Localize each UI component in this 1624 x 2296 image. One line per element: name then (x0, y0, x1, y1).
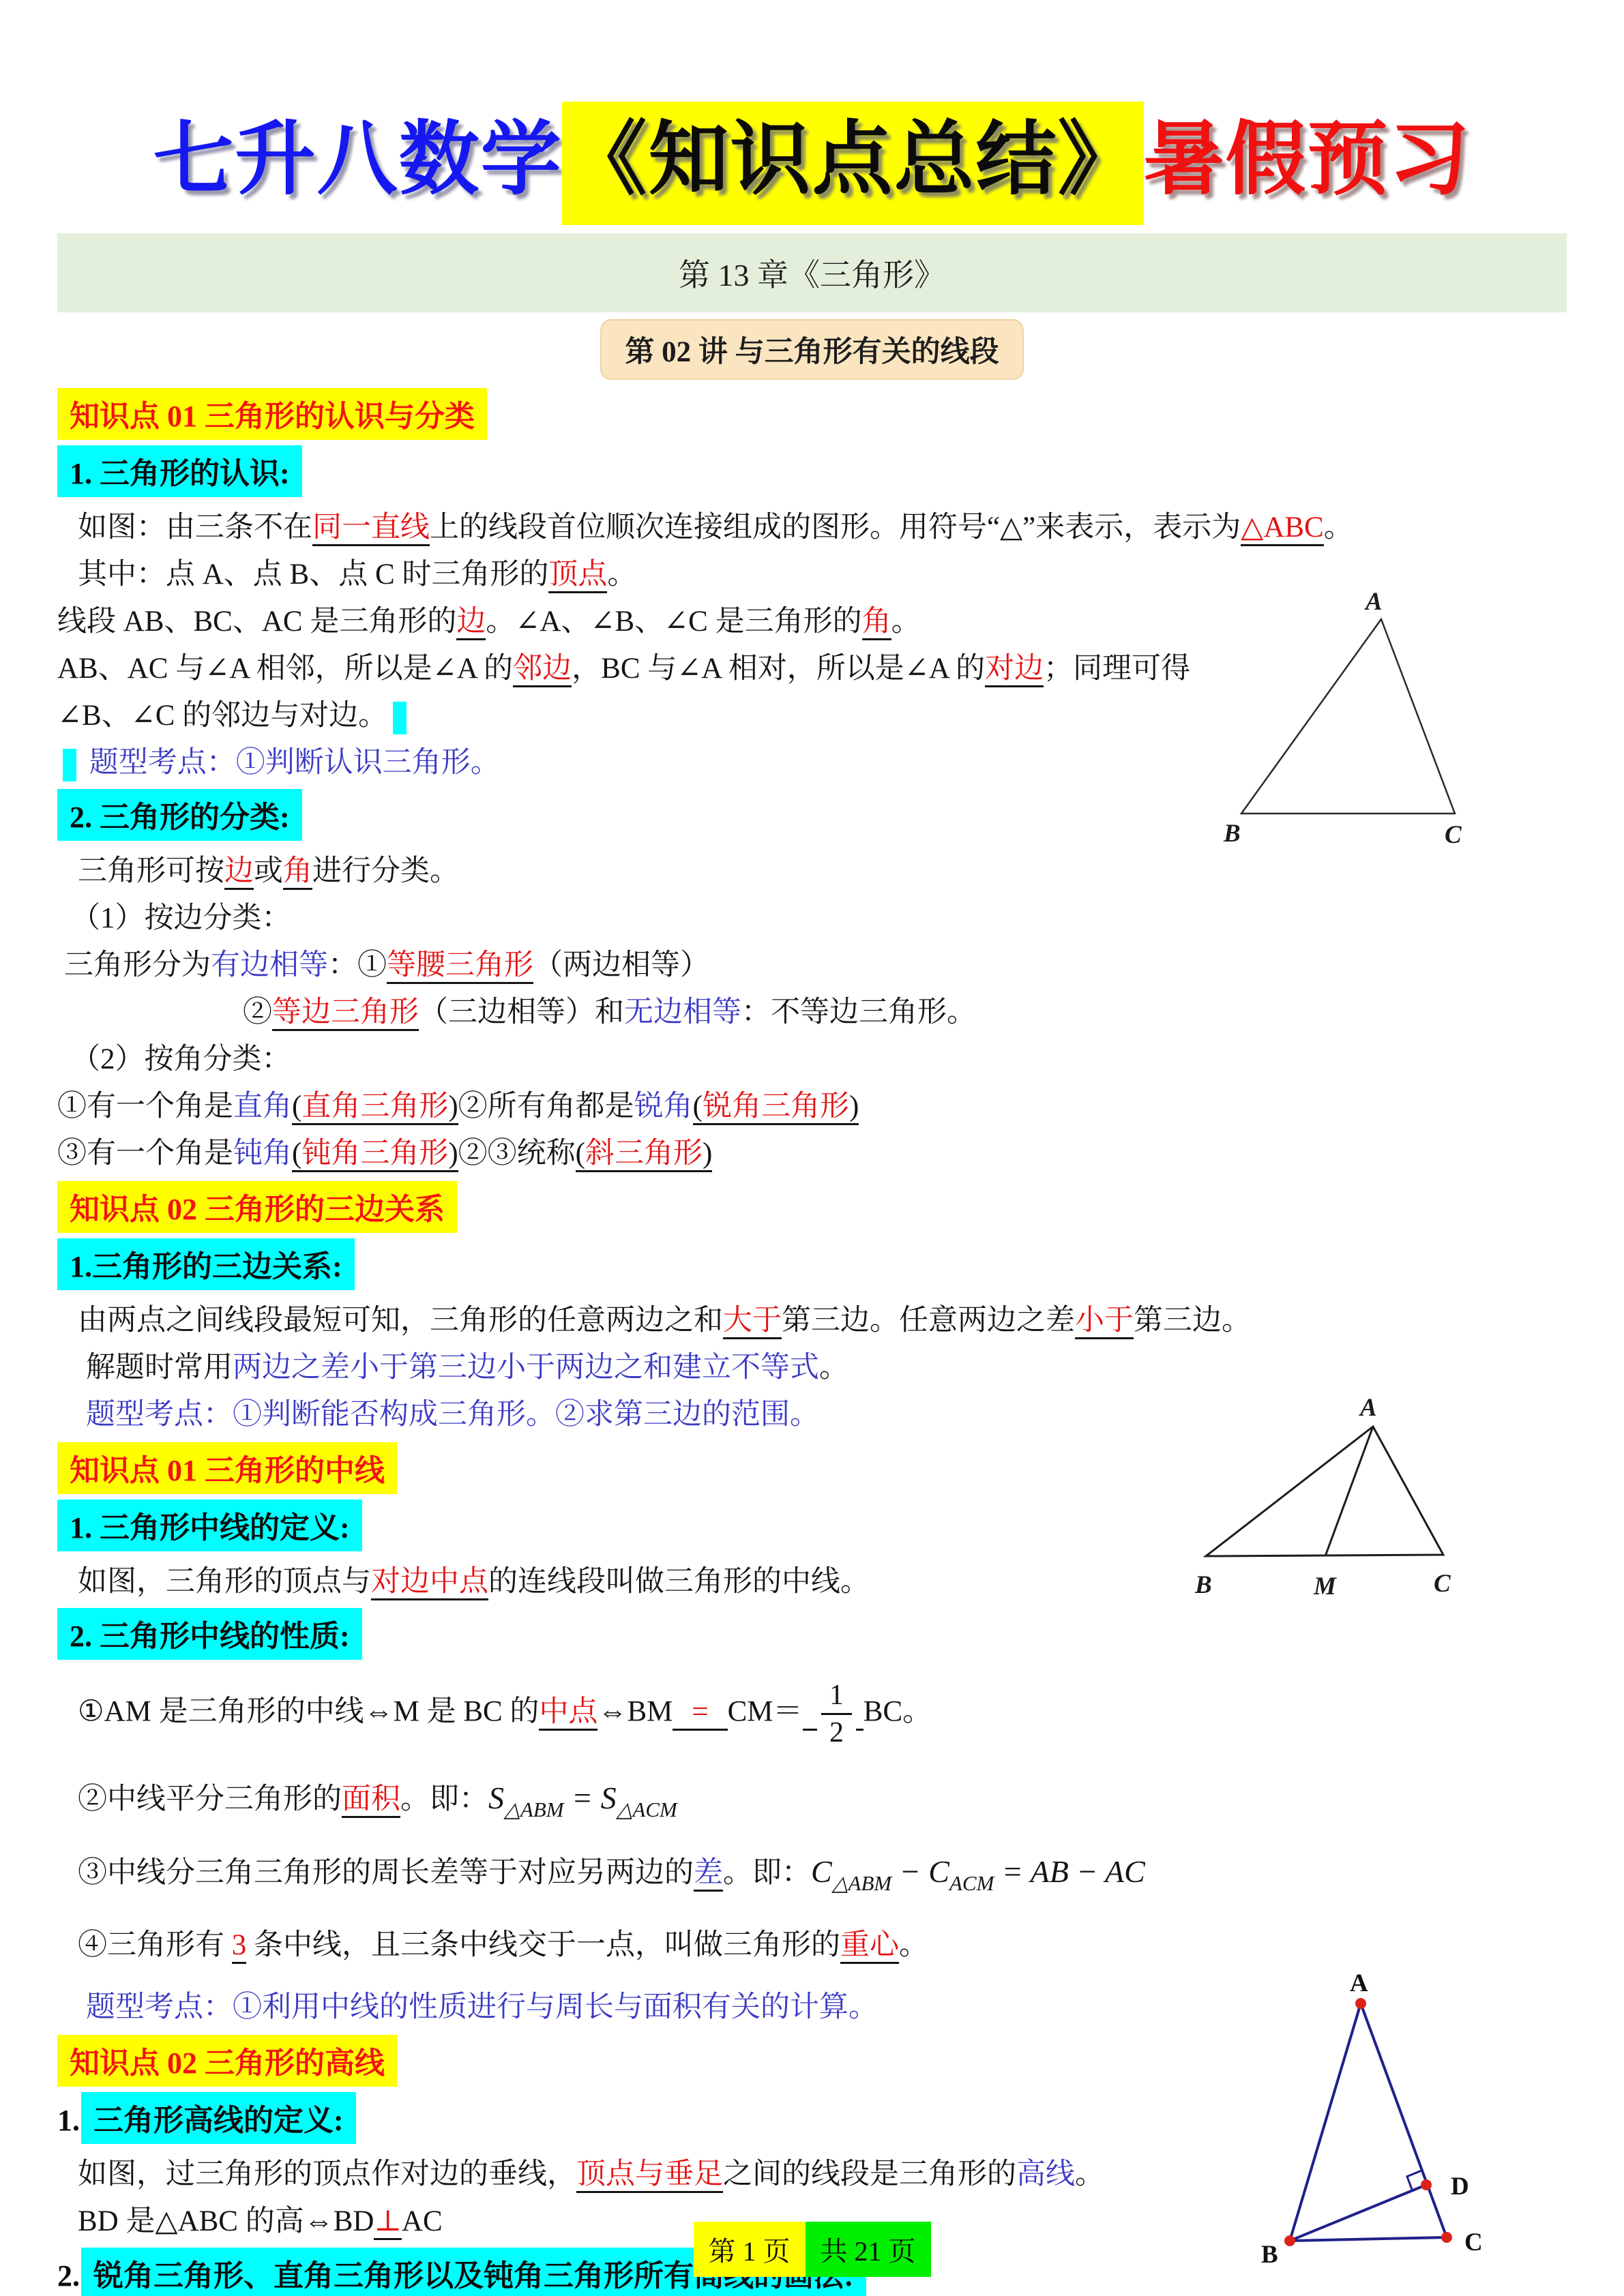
text-run: ( (693, 1090, 703, 1125)
sub-heading-row: 1. 三角形的认识: (57, 445, 1567, 497)
text-run: 直角 (233, 1090, 292, 1122)
text-line: 如图：由三条不在同一直线上的线段首位顺次连接组成的图形。用符号“△”来表示，表示… (57, 504, 1567, 551)
text-run (856, 1696, 863, 1731)
text-run: 。即： (400, 1783, 488, 1815)
text-run: 。即： (723, 1857, 811, 1889)
text-line: 三角形可按边或角进行分类。 (57, 848, 1567, 895)
chapter-banner: 第 13 章《三角形》 (57, 233, 1567, 312)
text-run: ) (849, 1090, 859, 1125)
text-run: ) (448, 1090, 458, 1125)
vertex-label-a: A (1364, 588, 1383, 616)
text-run: ①有一个角是 (57, 1090, 233, 1122)
text-run: = (564, 1780, 601, 1815)
text-run: ACM (949, 1871, 994, 1895)
text-run: = AB − AC (994, 1854, 1145, 1889)
text-run: 高线 (1016, 2158, 1075, 2190)
text-line: ③有一个角是钝角(钝角三角形)②③统称(斜三角形) (57, 1130, 1567, 1177)
text-run: 锐角 (634, 1090, 693, 1122)
text-run: 面积 (342, 1783, 400, 1818)
vertex-label-a: A (1359, 1394, 1377, 1422)
knowledge-point-heading: 知识点 01 三角形的中线 (57, 1442, 397, 1494)
text-run: 第三边。 (1134, 1304, 1251, 1337)
text-run: ③有一个角是 (57, 1137, 233, 1169)
text-run: 锐角三角形 (703, 1090, 849, 1125)
text-run: 等边三角形 (272, 996, 419, 1031)
lecture-title-row: 第 02 讲 与三角形有关的线段 (57, 319, 1567, 380)
text-run: 或 (254, 855, 283, 887)
text-run: − (891, 1854, 928, 1889)
text-run: 三角形分为 (64, 949, 211, 981)
text-run: 直角三角形 (301, 1090, 448, 1125)
vertex-dot-a (1355, 1998, 1366, 2009)
text-run: C (928, 1854, 949, 1889)
text-run: 进行分类。 (312, 855, 459, 887)
foot-label-d: D (1451, 2173, 1469, 2201)
triangle-outline (1290, 2003, 1447, 2241)
text-run: BC。 (863, 1696, 932, 1728)
vertex-label-b: B (1194, 1571, 1212, 1599)
text-run: ) (703, 1137, 712, 1172)
text-run: ③中线分三角三角形的周长差等于对应另两边的 (78, 1857, 694, 1889)
vertex-label-c: C (1434, 1570, 1451, 1598)
text-run: ( (292, 1090, 301, 1125)
text-run: （三边相等）和 (419, 996, 624, 1028)
title-part-red: 暑假预习 (1144, 115, 1471, 205)
text-run: = (673, 1696, 727, 1731)
text-run: （2）按角分类： (71, 1043, 291, 1075)
vertex-label-b: B (1223, 820, 1241, 846)
knowledge-point-heading: 知识点 02 三角形的三边关系 (57, 1181, 457, 1233)
text-run: 顶点 (548, 558, 607, 593)
text-line: ④三角形有 3 条中线，且三条中线交于一点，叫做三角形的重心。 (57, 1922, 1567, 1969)
text-run: 。 (1324, 511, 1353, 543)
sub-heading: 2. 三角形的分类: (57, 789, 302, 841)
lecture-01-title: 第 02 讲 与三角形有关的线段 (625, 336, 999, 368)
text-run: 斜三角形 (585, 1137, 703, 1172)
text-run: △ABM (504, 1798, 564, 1821)
knowledge-point-heading: 知识点 02 三角形的高线 (57, 2035, 397, 2087)
text-run: 题型考点：①判断能否构成三角形。②求第三边的范围。 (86, 1399, 819, 1431)
text-run: 对边 (985, 653, 1044, 687)
text-run: ：① (328, 949, 387, 981)
text-run: 钝角 (233, 1137, 292, 1169)
sub-heading: 2. 三角形中线的性质: (57, 1608, 362, 1660)
text-run: （1）按边分类： (71, 902, 291, 934)
document-page: 七升八数学《知识点总结》暑假预习 第 13 章《三角形》 第 02 讲 与三角形… (0, 0, 1624, 2296)
text-run: 同一直线 (312, 511, 430, 546)
text-line: ②等边三角形（三边相等）和无边相等：不等边三角形。 (57, 989, 1567, 1036)
lecture-01-title-box: 第 02 讲 与三角形有关的线段 (600, 319, 1023, 380)
text-run: ；同理可得 (1044, 653, 1190, 685)
text-run: 角 (862, 606, 891, 640)
text-run: 题型考点：①利用中线的性质进行与周长与面积有关的计算。 (86, 1991, 878, 2023)
text-run: ②③统称 (458, 1137, 576, 1169)
document-title: 七升八数学《知识点总结》暑假预习 (57, 94, 1567, 210)
triangle-outline (1241, 619, 1455, 814)
text-run: 解题时常用 (86, 1352, 233, 1384)
triangle-median-diagram: A B M C (1179, 1392, 1492, 1607)
text-run: ，BC 与∠A 相对，所以是∠A 的 (572, 653, 985, 685)
text-run: 如图：由三条不在 (78, 511, 312, 543)
text-run: ) (448, 1137, 458, 1172)
triangle-outline (1206, 1427, 1443, 1556)
text-line: 三角形分为有边相等：①等腰三角形（两边相等） (57, 942, 1567, 989)
sub-heading-row: 2. 三角形中线的性质: (57, 1608, 1567, 1660)
text-run: 之间的线段是三角形的 (723, 2158, 1016, 2190)
text-line: 由两点之间线段最短可知，三角形的任意两边之和大于第三边。任意两边之差小于第三边。 (57, 1297, 1567, 1344)
text-run: 如图，过三角形的顶点作对边的垂线， (78, 2158, 576, 2190)
sub-heading: 1. 三角形中线的定义: (57, 1500, 362, 1551)
fraction-denominator: 2 (829, 1715, 844, 1749)
text-run: 。 (607, 558, 636, 591)
text-line: ③中线分三角三角形的周长差等于对应另两边的差。即：C△ABM − CACM = … (57, 1848, 1567, 1907)
text-line: （1）按边分类： (57, 895, 1567, 942)
text-run: 。 (819, 1352, 848, 1384)
text-line: ①AM 是三角形的中线⇔M 是 BC 的中点⇔BM=CM＝ 12 BC。 (57, 1679, 1567, 1750)
text-run: 。 (899, 1929, 928, 1961)
text-run: 上的线段首位顺次连接组成的图形。用符号“△”来表示，表示为 (430, 511, 1241, 543)
text-run: ⇔BM (597, 1696, 673, 1728)
triangle-abc-diagram: A B C (1222, 577, 1468, 846)
text-run: 。 (891, 606, 921, 638)
text-run: 三角形可按 (78, 855, 224, 887)
midpoint-label-m: M (1313, 1572, 1337, 1600)
text-run: 如图，三角形的顶点与 (78, 1566, 371, 1598)
sub-heading: 1.三角形的三边关系: (57, 1238, 355, 1290)
page-number: 第 1 页 (694, 2222, 806, 2277)
text-run: ∠B、∠C 的邻边与对边。 (57, 700, 387, 732)
text-run: C (811, 1854, 832, 1889)
text-run: △ABC (1241, 511, 1323, 546)
text-run: 中点 (539, 1696, 597, 1731)
text-run: CM＝ (728, 1696, 803, 1728)
text-line: （2）按角分类： (57, 1036, 1567, 1083)
text-run: 。 (1075, 2158, 1104, 2190)
text-run: （两边相等） (533, 949, 709, 981)
page-total: 共 21 页 (806, 2222, 931, 2277)
text-run: 3 (232, 1929, 247, 1964)
text-run: 条中线，且三条中线交于一点，叫做三角形的 (246, 1929, 840, 1961)
text-run: 边 (456, 606, 486, 640)
text-run: 无边相等 (624, 996, 741, 1028)
cyan-highlight-mark (393, 702, 407, 734)
text-run: 顶点与垂足 (576, 2158, 723, 2193)
text-run: 由两点之间线段最短可知，三角形的任意两边之和 (78, 1304, 723, 1337)
text-run: 等腰三角形 (387, 949, 533, 984)
foot-dot-d (1421, 2179, 1432, 2190)
text-run: 第三边。任意两边之差 (782, 1304, 1075, 1337)
text-run: ② (243, 996, 272, 1028)
text-run: 两边之差小于第三边小于两边之和建立不等式 (233, 1352, 819, 1384)
text-run: 钝角三角形 (301, 1137, 448, 1172)
fraction-numerator: 1 (821, 1679, 852, 1715)
text-run: 差 (694, 1857, 723, 1892)
text-run: 有边相等 (211, 949, 328, 981)
text-run: 边 (224, 855, 254, 890)
text-run: 邻边 (513, 653, 572, 687)
text-run: S (601, 1780, 617, 1815)
text-run (803, 1696, 818, 1731)
text-run: AB、AC 与∠A 相邻，所以是∠A 的 (57, 653, 513, 685)
vertex-label-a: A (1350, 1969, 1368, 1997)
page-inner: 七升八数学《知识点总结》暑假预习 第 13 章《三角形》 第 02 讲 与三角形… (0, 94, 1624, 2296)
text-run: 的连线段叫做三角形的中线。 (488, 1566, 870, 1598)
title-part-blue: 七升八数学 (153, 115, 562, 205)
text-run: △ABM (832, 1871, 892, 1895)
fraction: 12 (821, 1679, 852, 1750)
sub-heading: 1. 三角形的认识: (57, 445, 302, 497)
sub-heading-row: 1.三角形的三边关系: (57, 1238, 1567, 1290)
text-run: 对边中点 (371, 1566, 488, 1600)
text-run: 线段 AB、BC、AC 是三角形的 (57, 606, 456, 638)
text-run: ④三角形有 (78, 1929, 232, 1961)
text-run: 其中：点 A、点 B、点 C 时三角形的 (78, 558, 548, 591)
knowledge-point-heading: 知识点 01 三角形的认识与分类 (57, 388, 487, 440)
sub-heading: 三角形高线的定义: (81, 2092, 356, 2144)
text-run: ②所有角都是 (458, 1090, 634, 1122)
text-run: ：不等边三角形。 (741, 996, 976, 1028)
text-run: ( (292, 1137, 301, 1172)
page-footer: 第 1 页共 21 页 (0, 2222, 1624, 2277)
text-run: ②中线平分三角形的 (78, 1783, 342, 1815)
text-run: ( (576, 1137, 585, 1172)
text-run: 题型考点：①判断认识三角形。 (82, 747, 500, 779)
sub-heading-number: 1. (57, 2104, 80, 2137)
text-run: S (488, 1780, 504, 1815)
text-run: ①AM 是三角形的中线⇔M 是 BC 的 (78, 1696, 539, 1728)
text-line: ①有一个角是直角(直角三角形)②所有角都是锐角(锐角三角形) (57, 1083, 1567, 1130)
text-run: 重心 (840, 1929, 899, 1964)
text-run: △ACM (617, 1798, 677, 1821)
vertex-label-c: C (1445, 821, 1462, 846)
text-run: 。∠A、∠B、∠C 是三角形的 (486, 606, 861, 638)
cyan-highlight-mark (63, 749, 76, 781)
text-line: ②中线平分三角形的面积。即：S△ABM = S△ACM (57, 1774, 1567, 1833)
text-run: 小于 (1075, 1304, 1134, 1339)
text-run: 大于 (723, 1304, 782, 1339)
text-run: 角 (283, 855, 312, 890)
title-part-highlighted: 《知识点总结》 (562, 102, 1143, 225)
text-line: 解题时常用两边之差小于第三边小于两边之和建立不等式。 (57, 1344, 1567, 1391)
